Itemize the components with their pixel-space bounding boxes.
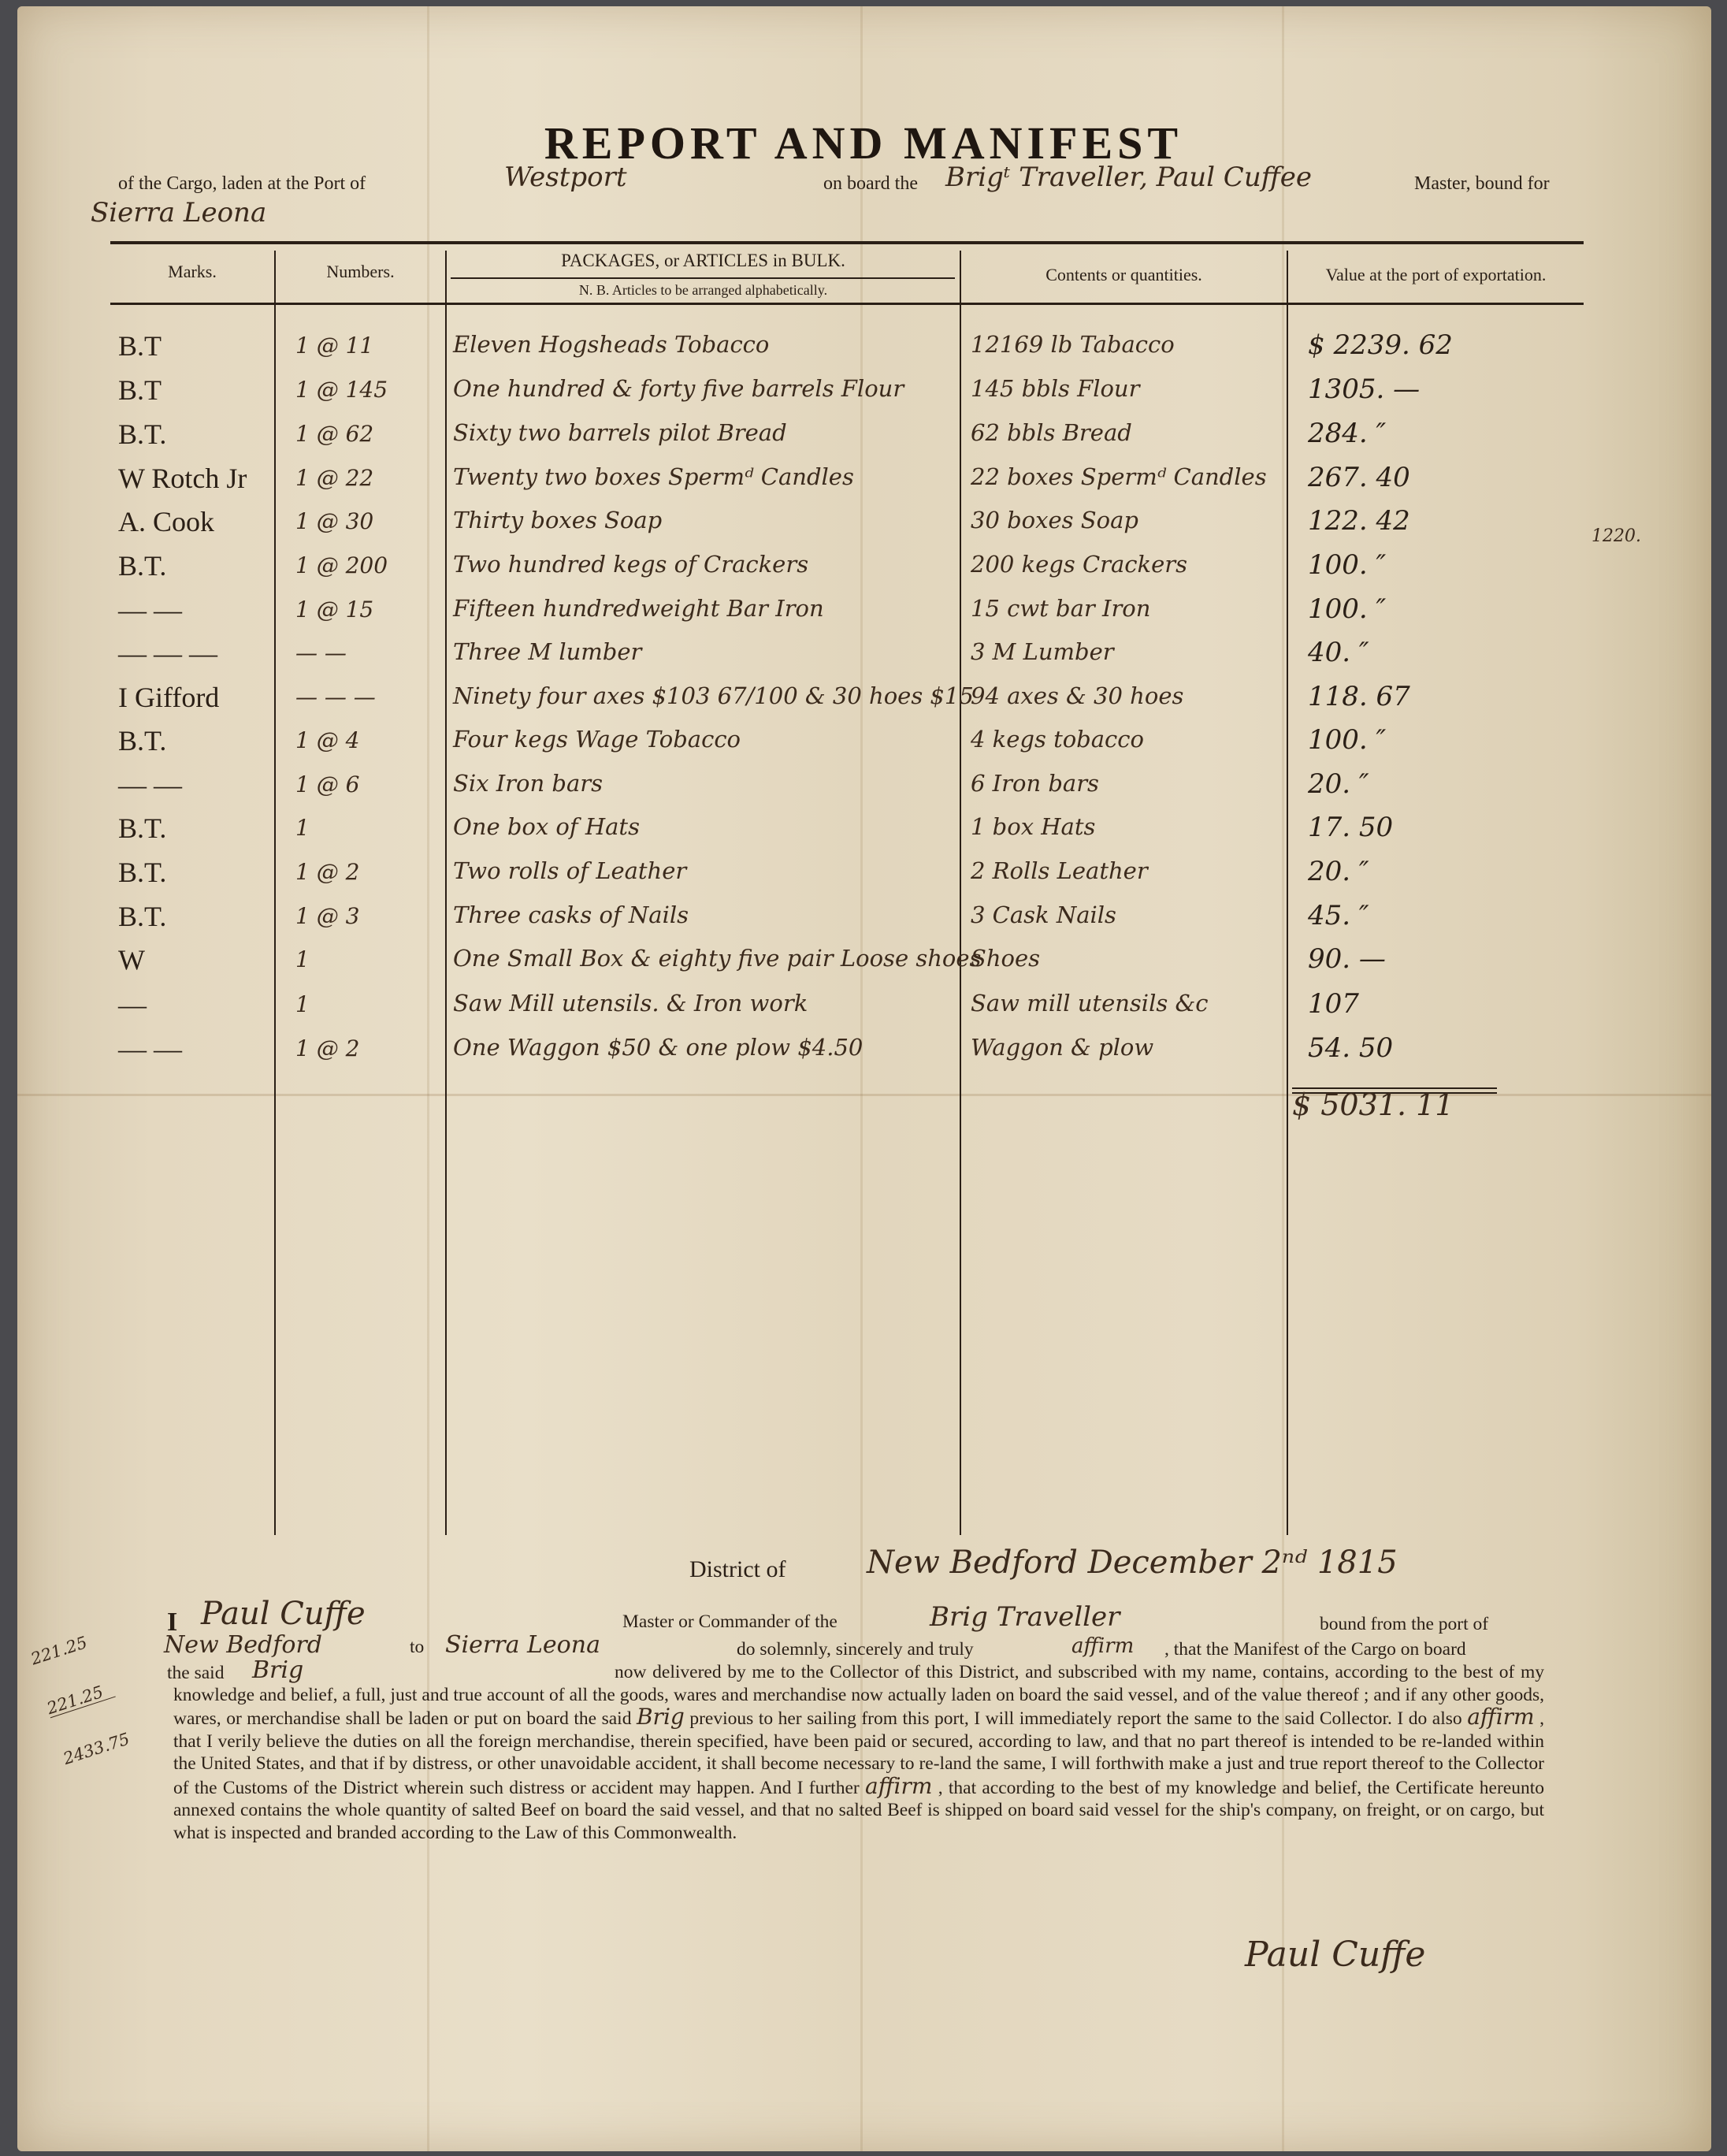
row-value: 267. 40 bbox=[1308, 462, 1410, 493]
affirm-word-2: affirm bbox=[1467, 1704, 1534, 1730]
row-package: One hundred & forty five barrels Flour bbox=[453, 375, 904, 402]
intro-prefix: of the Cargo, laden at the Port of bbox=[118, 173, 366, 195]
row-value: $ 2239. 62 bbox=[1308, 329, 1453, 361]
row-package: Ninety four axes $103 67/100 & 30 hoes $… bbox=[453, 682, 974, 709]
col-header-numbers: Numbers. bbox=[276, 262, 445, 282]
row-package: One Small Box & eighty five pair Loose s… bbox=[453, 945, 981, 972]
row-contents: 2 Rolls Leather bbox=[971, 857, 1148, 884]
row-value: 17. 50 bbox=[1308, 812, 1393, 843]
row-mark: A. Cook bbox=[118, 505, 214, 538]
signature: Paul Cuffe bbox=[1245, 1935, 1425, 1975]
document-title: REPORT AND MANIFEST bbox=[0, 117, 1727, 169]
row-value: 90. — bbox=[1308, 943, 1386, 975]
row-contents: 200 kegs Crackers bbox=[971, 551, 1187, 578]
affirm-word-3: affirm bbox=[865, 1773, 932, 1799]
bound-from-label: bound from the port of bbox=[1320, 1614, 1488, 1635]
to-port: Sierra Leona bbox=[445, 1631, 600, 1659]
row-value: 100. ″ bbox=[1308, 549, 1386, 581]
from-port: New Bedford bbox=[164, 1631, 322, 1659]
row-package: One Waggon $50 & one plow $4.50 bbox=[453, 1034, 863, 1061]
row-mark: B.T. bbox=[118, 549, 166, 582]
row-contents: Waggon & plow bbox=[971, 1034, 1153, 1061]
row-mark: B.T. bbox=[118, 900, 166, 933]
table-top-rule bbox=[110, 241, 1584, 244]
row-number: 1 @ 3 bbox=[295, 903, 359, 929]
row-package: Six Iron bars bbox=[453, 770, 603, 797]
row-number: 1 bbox=[295, 991, 310, 1017]
row-number: 1 @ 2 bbox=[295, 859, 359, 885]
intro-master-bound: Master, bound for bbox=[1414, 173, 1550, 195]
row-number: 1 bbox=[295, 946, 310, 972]
row-package: Three casks of Nails bbox=[453, 901, 689, 928]
row-number: 1 @ 4 bbox=[295, 727, 359, 753]
row-number: — — — bbox=[295, 684, 376, 710]
row-mark: W Rotch Jr bbox=[118, 462, 247, 495]
manifest-clause: , that the Manifest of the Cargo on boar… bbox=[1164, 1639, 1466, 1660]
declaration-body: now delivered by me to the Collector of … bbox=[173, 1661, 1544, 1844]
affirm-word: affirm bbox=[1071, 1634, 1134, 1658]
said-vessel-2: Brig bbox=[637, 1704, 685, 1730]
row-number: 1 @ 15 bbox=[295, 597, 373, 623]
row-number: — — bbox=[295, 640, 347, 666]
row-number: 1 @ 200 bbox=[295, 552, 388, 578]
row-value: 1305. — bbox=[1308, 374, 1420, 405]
row-contents: 3 M Lumber bbox=[971, 638, 1114, 665]
district-value: New Bedford December 2ⁿᵈ 1815 bbox=[867, 1545, 1398, 1581]
table-header-rule bbox=[110, 303, 1584, 305]
row-value: 45. ″ bbox=[1308, 900, 1369, 931]
row-package: Thirty boxes Soap bbox=[453, 507, 662, 533]
row-number: 1 @ 145 bbox=[295, 377, 388, 403]
manifest-total: $ 5031. 11 bbox=[1292, 1087, 1454, 1122]
row-mark: W bbox=[118, 943, 145, 976]
row-value: 40. ″ bbox=[1308, 637, 1369, 668]
row-package: Sixty two barrels pilot Bread bbox=[453, 419, 787, 446]
row-mark: B.T bbox=[118, 329, 162, 362]
row-mark: I Gifford bbox=[118, 681, 219, 714]
row-value: 20. ″ bbox=[1308, 768, 1369, 800]
row-value: 118. 67 bbox=[1308, 681, 1410, 712]
row-value: 100. ″ bbox=[1308, 593, 1386, 625]
row-mark: — — — bbox=[118, 637, 217, 670]
margin-note: 1220. bbox=[1591, 526, 1641, 546]
row-mark: — bbox=[118, 988, 147, 1021]
row-contents: 30 boxes Soap bbox=[971, 507, 1138, 533]
row-package: Four kegs Wage Tobacco bbox=[453, 726, 741, 753]
row-number: 1 bbox=[295, 815, 310, 841]
row-value: 100. ″ bbox=[1308, 724, 1386, 756]
col-divider bbox=[445, 251, 447, 1535]
row-mark: B.T. bbox=[118, 724, 166, 757]
margin-calc-line: 221.25 bbox=[45, 1680, 116, 1719]
row-contents: 62 bbls Bread bbox=[971, 419, 1132, 446]
row-package: Twenty two boxes Spermᵈ Candles bbox=[453, 463, 854, 490]
row-value: 20. ″ bbox=[1308, 856, 1369, 887]
declarant-name: Paul Cuffe bbox=[201, 1596, 366, 1632]
row-contents: Saw mill utensils &c bbox=[971, 990, 1209, 1017]
row-contents: 3 Cask Nails bbox=[971, 901, 1116, 928]
solemnly-text: do solemnly, sincerely and truly bbox=[737, 1639, 974, 1660]
col-divider bbox=[960, 251, 961, 1535]
row-package: Fifteen hundredweight Bar Iron bbox=[453, 595, 824, 622]
intro-on-board: on board the bbox=[823, 173, 918, 195]
col-header-contents: Contents or quantities. bbox=[961, 265, 1287, 285]
intro-destination: Sierra Leona bbox=[91, 197, 266, 229]
row-package: Saw Mill utensils. & Iron work bbox=[453, 990, 808, 1017]
margin-calc-line: 2433.75 bbox=[61, 1730, 132, 1768]
packages-subrule bbox=[451, 277, 955, 279]
col-header-packages-note: N. B. Articles to be arranged alphabetic… bbox=[447, 282, 960, 299]
row-mark: — — bbox=[118, 768, 182, 801]
row-number: 1 @ 22 bbox=[295, 465, 373, 491]
row-mark: — — bbox=[118, 1032, 182, 1065]
row-contents: 1 box Hats bbox=[971, 813, 1095, 840]
col-divider bbox=[1287, 251, 1288, 1535]
col-header-packages: PACKAGES, or ARTICLES in BULK. bbox=[447, 251, 960, 271]
row-number: 1 @ 62 bbox=[295, 421, 373, 447]
row-package: Eleven Hogsheads Tobacco bbox=[453, 331, 769, 358]
row-package: Three M lumber bbox=[453, 638, 641, 665]
row-number: 1 @ 2 bbox=[295, 1035, 359, 1061]
master-commander-label: Master or Commander of the bbox=[622, 1611, 838, 1633]
row-package: One box of Hats bbox=[453, 813, 640, 840]
row-contents: Shoes bbox=[971, 945, 1040, 972]
fold-crease bbox=[17, 1094, 1711, 1096]
row-value: 122. 42 bbox=[1308, 505, 1410, 537]
intro-vessel-master: Brigᵗ Traveller, Paul Cuffee bbox=[945, 162, 1312, 193]
row-number: 1 @ 6 bbox=[295, 771, 359, 797]
row-number: 1 @ 30 bbox=[295, 508, 373, 534]
row-mark: — — bbox=[118, 593, 182, 626]
row-contents: 145 bbls Flour bbox=[971, 375, 1139, 402]
row-contents: 6 Iron bars bbox=[971, 770, 1099, 797]
intro-port: Westport bbox=[504, 162, 627, 193]
row-value: 284. ″ bbox=[1308, 418, 1386, 449]
col-header-marks: Marks. bbox=[110, 262, 274, 282]
row-package: Two rolls of Leather bbox=[453, 857, 686, 884]
col-header-value: Value at the port of exportation. bbox=[1288, 265, 1584, 285]
declaration-vessel: Brig Traveller bbox=[930, 1601, 1120, 1633]
to-label: to bbox=[410, 1637, 424, 1658]
row-mark: B.T. bbox=[118, 812, 166, 845]
row-package: Two hundred kegs of Crackers bbox=[453, 551, 808, 578]
row-contents: 15 cwt bar Iron bbox=[971, 595, 1150, 622]
row-mark: B.T. bbox=[118, 856, 166, 889]
row-number: 1 @ 11 bbox=[295, 333, 373, 359]
row-contents: 94 axes & 30 hoes bbox=[971, 682, 1183, 709]
row-value: 54. 50 bbox=[1308, 1032, 1393, 1064]
district-label: District of bbox=[689, 1556, 786, 1583]
margin-calc-line: 221.25 bbox=[29, 1630, 99, 1668]
row-contents: 12169 lb Tabacco bbox=[971, 331, 1175, 358]
row-contents: 22 boxes Spermᵈ Candles bbox=[971, 463, 1267, 490]
col-divider bbox=[274, 251, 276, 1535]
row-value: 107 bbox=[1308, 988, 1359, 1020]
row-mark: B.T. bbox=[118, 418, 166, 451]
previous-text: previous to her sailing from this port, … bbox=[689, 1708, 1461, 1729]
row-mark: B.T bbox=[118, 374, 162, 407]
row-contents: 4 kegs tobacco bbox=[971, 726, 1144, 753]
